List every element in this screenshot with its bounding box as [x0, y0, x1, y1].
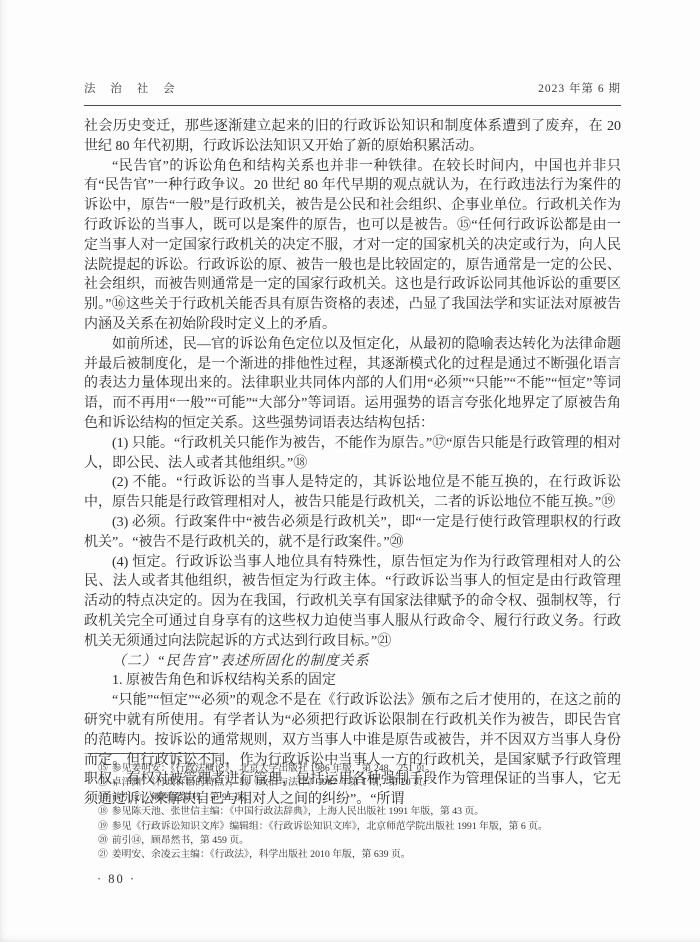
footnote-text: 姜明安、余凌云主编：《行政法》，科学出版社 2010 年版，第 639 页。: [112, 849, 411, 860]
body-paragraph: “民告官”的诉讼角色和结构关系也并非一种铁律。在较长时间内，中国也并非只有“民告…: [84, 157, 621, 335]
body-paragraph: (2) 不能。“行政诉讼的当事人是特定的，其诉讼地位是不能互换的，在行政诉讼中，…: [84, 473, 621, 513]
body-paragraph: 1. 原被告角色和诉权结构关系的固定: [84, 671, 621, 691]
footnote-marker: ⑯: [98, 777, 108, 788]
body-paragraph: (1) 只能。“行政机关只能作为被告，不能作为原告。”⑰“原告只能是行政管理的相…: [84, 434, 621, 474]
body-paragraph: (3) 必须。行政案件中“被告必须是行政机关”，即“一定是行使行政管理职权的行政…: [84, 513, 621, 553]
page-header: 法 治 社 会 2023 年第 6 期: [84, 80, 621, 106]
footnote-item: ⑳前引⑭，顾昂然书，第 459 页。: [98, 834, 625, 848]
footnote-marker: ⑰: [98, 792, 108, 803]
journal-title: 法 治 社 会: [84, 80, 181, 96]
body-paragraph: （二）“民告官”表述所固化的制度关系: [84, 652, 621, 672]
footnote-marker: ㉑: [98, 849, 108, 860]
footnote-separator-line: [88, 753, 218, 754]
footnote-text: 参见《行政诉讼知识文库》编辑组：《行政诉讼知识文库》，北京师范学院出版社 199…: [112, 821, 548, 832]
footnote-text: 前引⑤，阚珂主编书，第 91 页。: [112, 792, 254, 803]
issue-label: 2023 年第 6 期: [538, 80, 621, 96]
footnote-text: 卓泽渊：《行政诉讼的特点》，载《政治与法律》1987 年第 1 期，第 20 页…: [112, 777, 433, 788]
footnote-text: 前引⑭，顾昂然书，第 459 页。: [112, 835, 249, 846]
footnote-text: 参见陈天池、张世信主编：《中国行政法辞典》，上海人民出版社 1991 年版，第 …: [112, 806, 484, 817]
footnote-marker: ⑮: [98, 763, 108, 774]
footnote-item: ⑮参见姜明安：《行政法概论》，北京大学出版社 1986 年版，第 248、251…: [98, 762, 625, 776]
footnote-text: 参见姜明安：《行政法概论》，北京大学出版社 1986 年版，第 248、251 …: [112, 763, 435, 774]
body-paragraph: (4) 恒定。行政诉讼当事人地位具有特殊性，原告恒定为作为行政管理相对人的公民、…: [84, 553, 621, 652]
footnote-item: ⑯卓泽渊：《行政诉讼的特点》，载《政治与法律》1987 年第 1 期，第 20 …: [98, 776, 625, 790]
footnote-item: ⑱参见陈天池、张世信主编：《中国行政法辞典》，上海人民出版社 1991 年版，第…: [98, 805, 625, 819]
footnote-marker: ⑱: [98, 806, 108, 817]
footnote-item: ㉑姜明安、余凌云主编：《行政法》，科学出版社 2010 年版，第 639 页。: [98, 848, 625, 862]
body-paragraph: 如前所述，民—官的诉讼角色定位以及恒定化，从最初的隐喻表达转化为法律命题并最后被…: [84, 335, 621, 434]
article-body: 社会历史变迁，那些逐渐建立起来的旧的行政诉讼知识和制度体系遭到了废弃，在 20 …: [84, 117, 621, 810]
page-number: · 80 ·: [97, 872, 136, 887]
footnote-marker: ⑲: [98, 821, 108, 832]
body-paragraph: 社会历史变迁，那些逐渐建立起来的旧的行政诉讼知识和制度体系遭到了废弃，在 20 …: [84, 117, 621, 157]
journal-page: 法 治 社 会 2023 年第 6 期 社会历史变迁，那些逐渐建立起来的旧的行政…: [0, 0, 700, 942]
footnote-item: ⑲参见《行政诉讼知识文库》编辑组：《行政诉讼知识文库》，北京师范学院出版社 19…: [98, 820, 625, 834]
footnote-list: ⑮参见姜明安：《行政法概论》，北京大学出版社 1986 年版，第 248、251…: [98, 762, 625, 863]
footnote-item: ⑰前引⑤，阚珂主编书，第 91 页。: [98, 791, 625, 805]
footnote-marker: ⑳: [98, 835, 108, 846]
